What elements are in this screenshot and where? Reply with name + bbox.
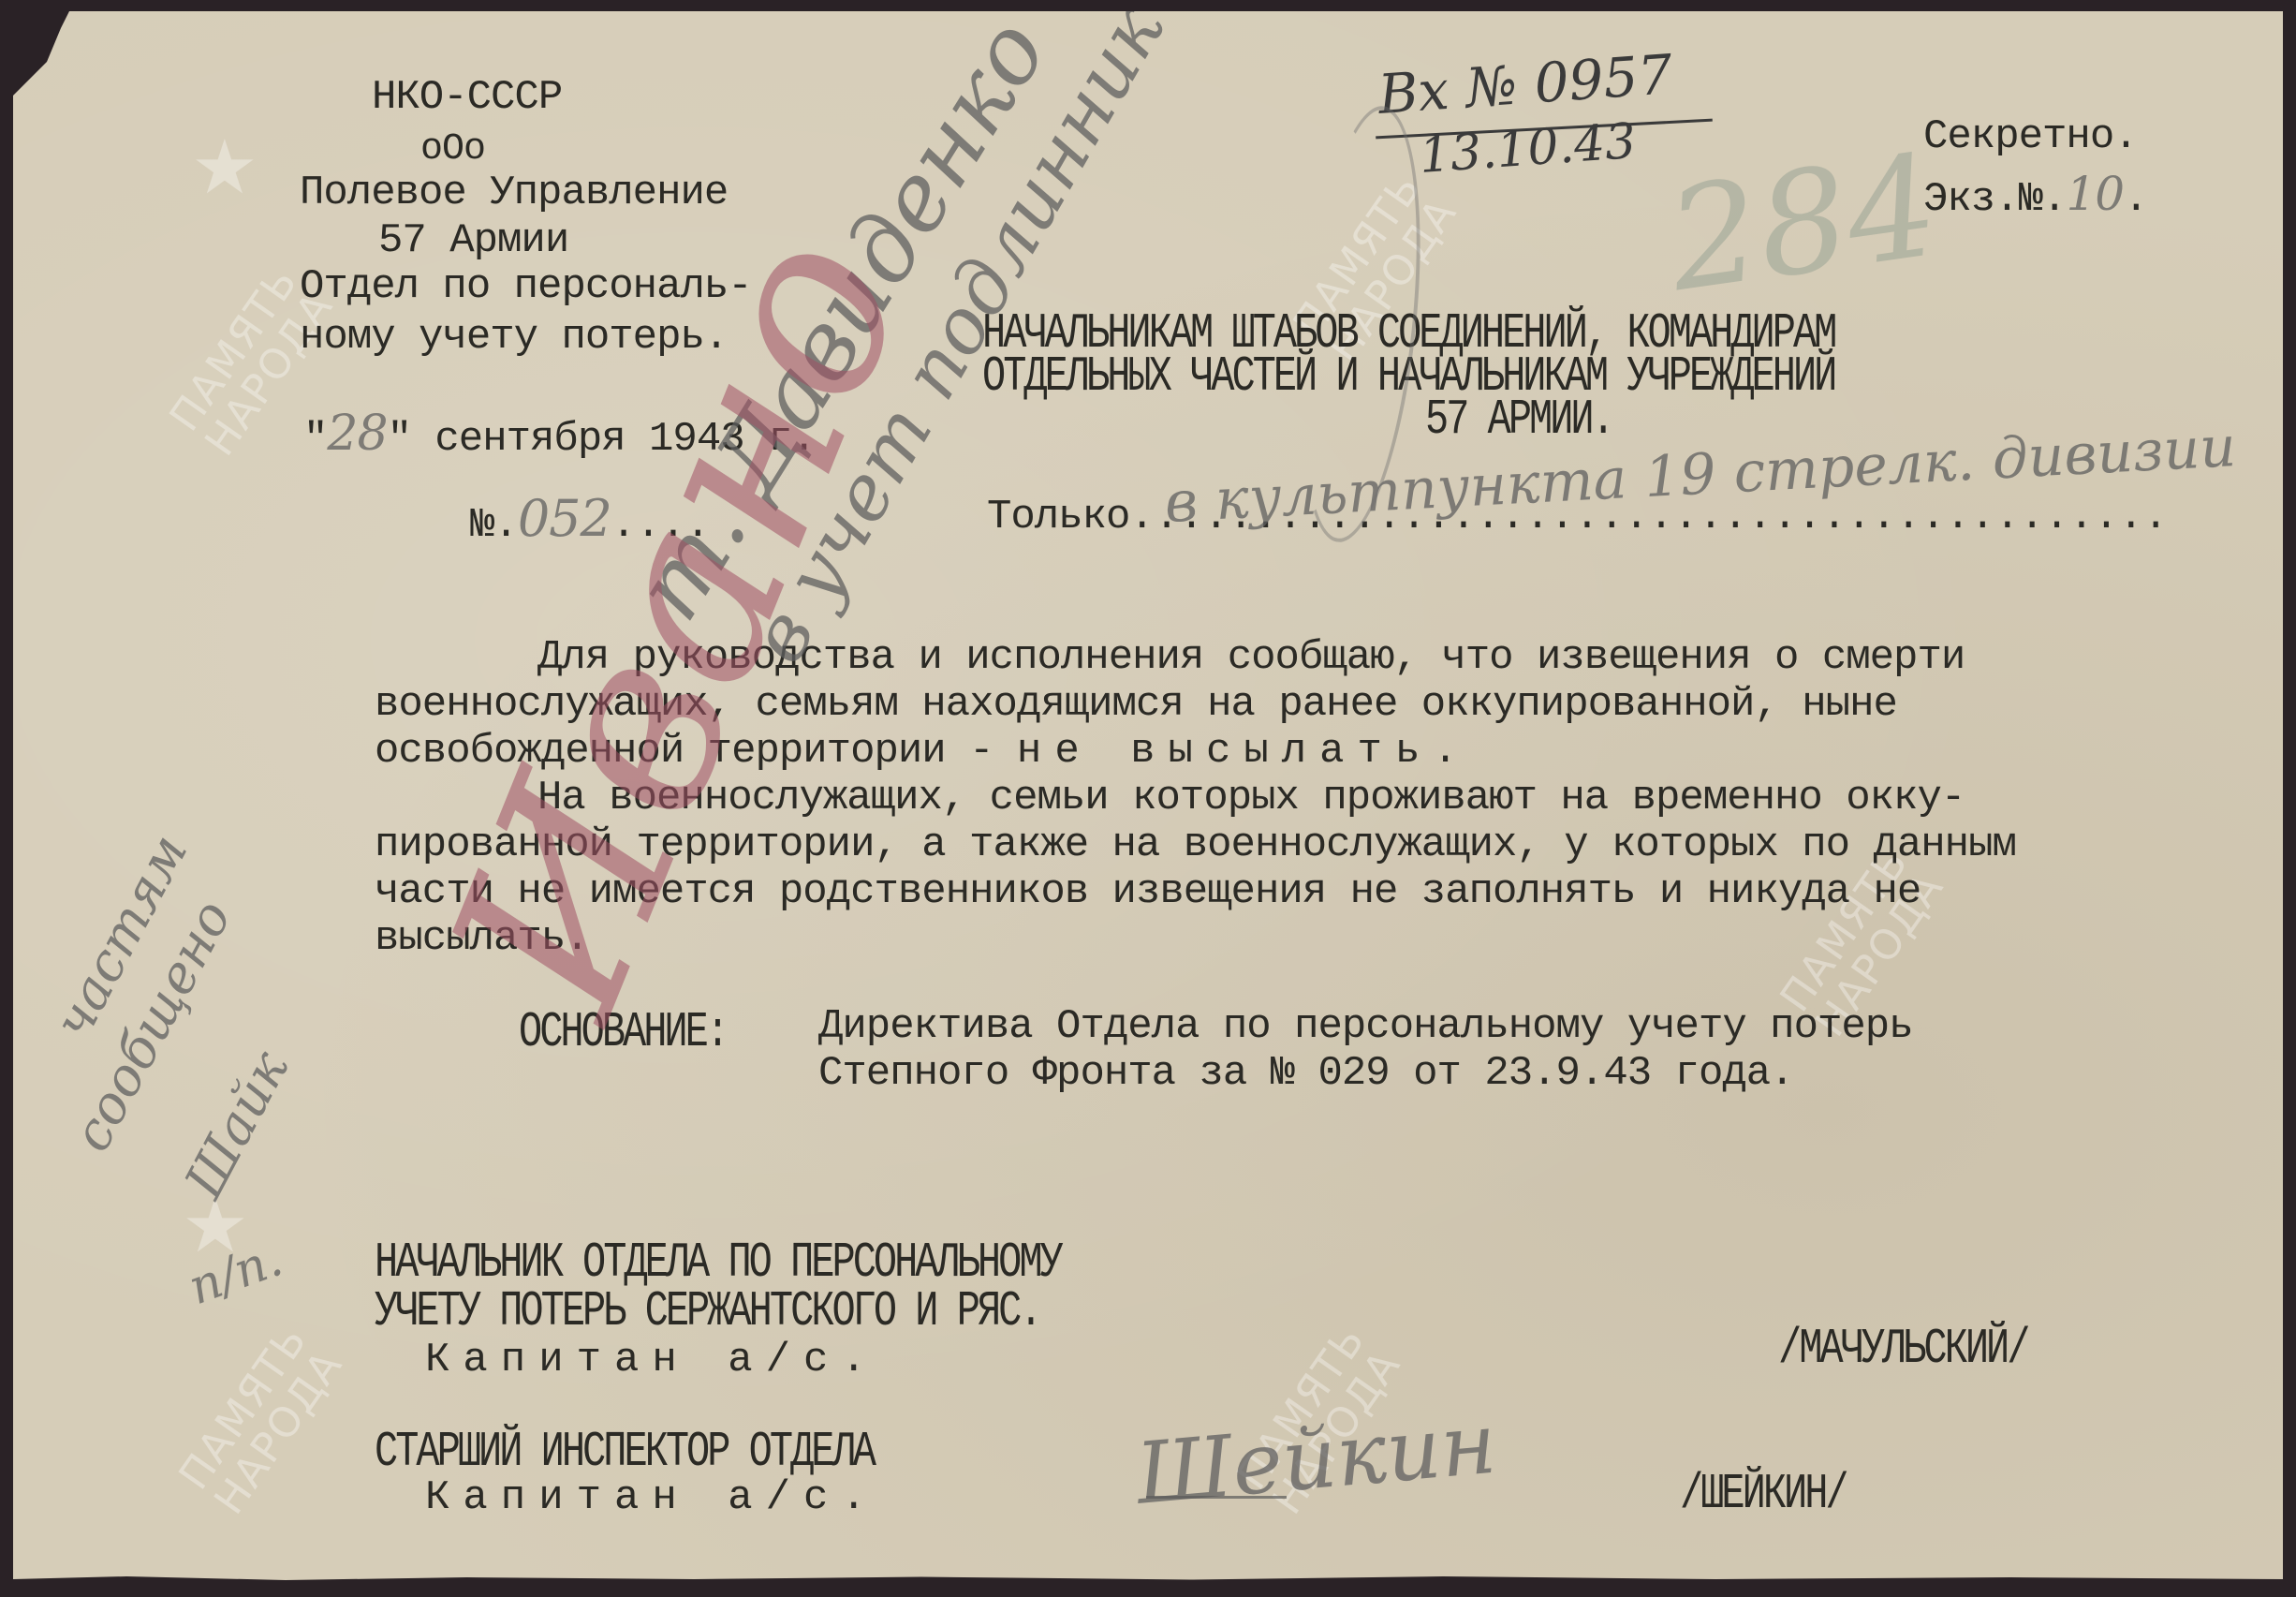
archive-number: 284 <box>1659 125 1948 323</box>
date-day-handwritten: 28 <box>327 406 387 462</box>
org-name: НКО-СССР <box>372 77 562 118</box>
header-line: Полевое Управление <box>300 172 728 214</box>
signatory-title: СТАРШИЙ ИНСПЕКТОР ОТДЕЛА <box>375 1427 874 1477</box>
signatory-rank: Капитан а/с. <box>425 1339 879 1381</box>
torn-bottom-edge <box>13 1574 2283 1583</box>
signatory-name: /ШЕЙКИН/ <box>1680 1470 1847 1519</box>
basis-text: Степного Фронта за № 029 от 23.9.43 года… <box>818 1053 1794 1094</box>
copy-number: Экз.№.10. <box>1923 170 2147 220</box>
signatory-title: УЧЕТУ ПОТЕРЬ СЕРЖАНТСКОГО И РЯС. <box>375 1287 1040 1337</box>
watermark-star-icon: ★ <box>191 124 258 211</box>
incoming-date: 13.10.43 <box>1418 113 1638 185</box>
signatory-rank: Капитан а/с. <box>425 1477 879 1518</box>
basis-text: Директива Отдела по персональному учету … <box>818 1006 1913 1047</box>
signatory-name: /МАЧУЛЬСКИЙ/ <box>1778 1324 2027 1374</box>
torn-corner <box>13 11 69 96</box>
signatory-title: НАЧАЛЬНИК ОТДЕЛА ПО ПЕРСОНАЛЬНОМУ <box>375 1238 1061 1288</box>
secrecy-label: Секретно. <box>1923 116 2138 157</box>
margin-note: Шайк <box>173 1042 301 1208</box>
document-page: ★ ПАМЯТЬ НАРОДА ПАМЯТЬ НАРОДА ПАМЯТЬ НАР… <box>13 11 2283 1583</box>
addressee-line: 57 АРМИИ. <box>1425 395 1612 445</box>
ornament: оОо <box>420 131 485 169</box>
header-line: 57 Армии <box>378 220 568 261</box>
inspector-signature: Шейкин <box>1132 1395 1500 1524</box>
watermark: ПАМЯТЬ НАРОДА <box>172 1318 351 1521</box>
signature-underline <box>1146 1496 1287 1499</box>
